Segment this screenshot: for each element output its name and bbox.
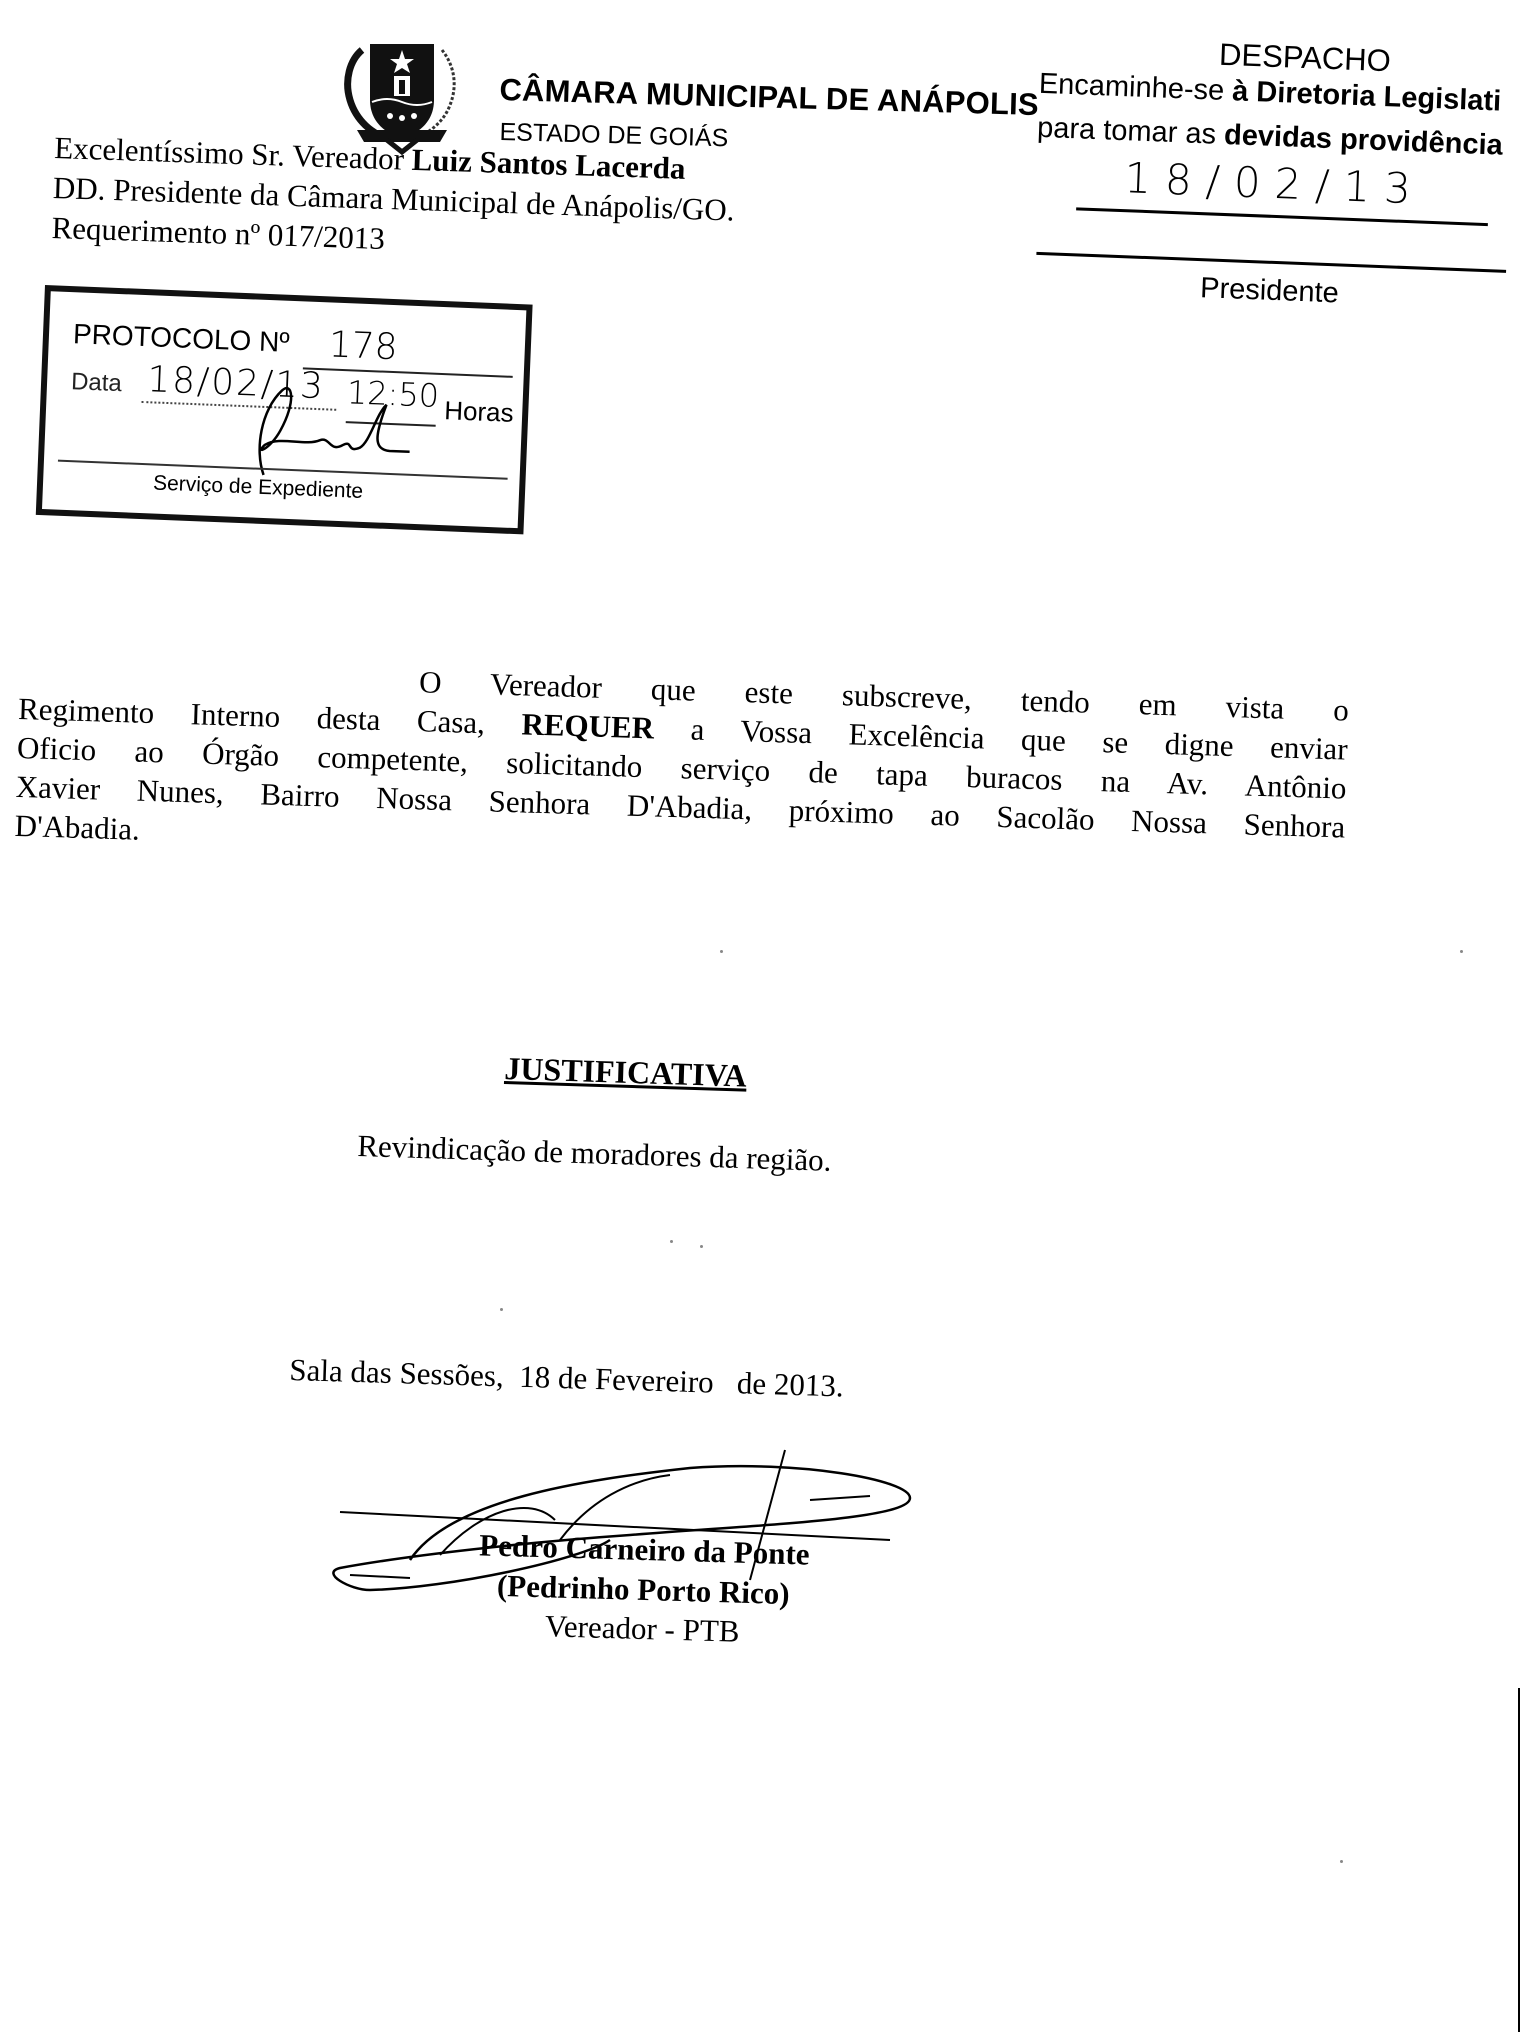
- protocol-signature-icon: [223, 348, 448, 487]
- coat-of-arms-icon: [332, 30, 472, 155]
- signature-rule: [1036, 252, 1506, 273]
- despacho-handwritten-date: 18/02/13: [1123, 153, 1425, 214]
- despacho-title: DESPACHO: [1218, 37, 1391, 80]
- addressee-name: Luiz Santos Lacerda: [411, 142, 686, 186]
- despacho-text-bold: à Diretoria Legislati: [1232, 75, 1502, 117]
- scan-speck: [1340, 1860, 1343, 1863]
- org-name: CÂMARA MUNICIPAL DE ANÁPOLIS: [499, 72, 1039, 123]
- addressee-block: Excelentíssimo Sr. Vereador Luiz Santos …: [51, 128, 736, 271]
- despacho-stamp: DESPACHO Encaminhe-se à Diretoria Legisl…: [1034, 30, 1520, 338]
- scan-speck: [1460, 950, 1463, 953]
- protocol-time-label: Horas: [444, 395, 515, 429]
- body-text-bold: REQUER: [521, 706, 655, 745]
- despacho-instruction-line1: Encaminhe-se à Diretoria Legislati: [1038, 68, 1502, 119]
- signer-block: Pedro Carneiro da Ponte (Pedrinho Porto …: [392, 1523, 895, 1655]
- justification-text: Revindicação de moradores da região.: [357, 1128, 832, 1179]
- protocol-date-label: Data: [71, 368, 123, 398]
- date-rule: [1076, 207, 1488, 226]
- despacho-text: para tomar as: [1037, 112, 1225, 151]
- signature-label: Presidente: [1200, 272, 1340, 310]
- scan-speck: [670, 1240, 673, 1243]
- scan-speck: [500, 1308, 503, 1311]
- scan-speck: [700, 1245, 703, 1248]
- justification-heading: JUSTIFICATIVA: [504, 1050, 747, 1095]
- despacho-text: Encaminhe-se: [1038, 68, 1233, 107]
- despacho-instruction-line2: para tomar as devidas providência: [1037, 112, 1504, 163]
- despacho-text-bold: devidas providência: [1223, 119, 1503, 162]
- request-body: O Vereador que este subscreve, tendo em …: [14, 650, 1349, 886]
- scan-speck: [720, 950, 723, 953]
- protocol-stamp: PROTOCOLO Nº 178 Data 18/02/13 12:50 Hor…: [36, 285, 533, 534]
- closing-date-line: Sala das Sessões, 18 de Fevereiro de 201…: [289, 1352, 844, 1404]
